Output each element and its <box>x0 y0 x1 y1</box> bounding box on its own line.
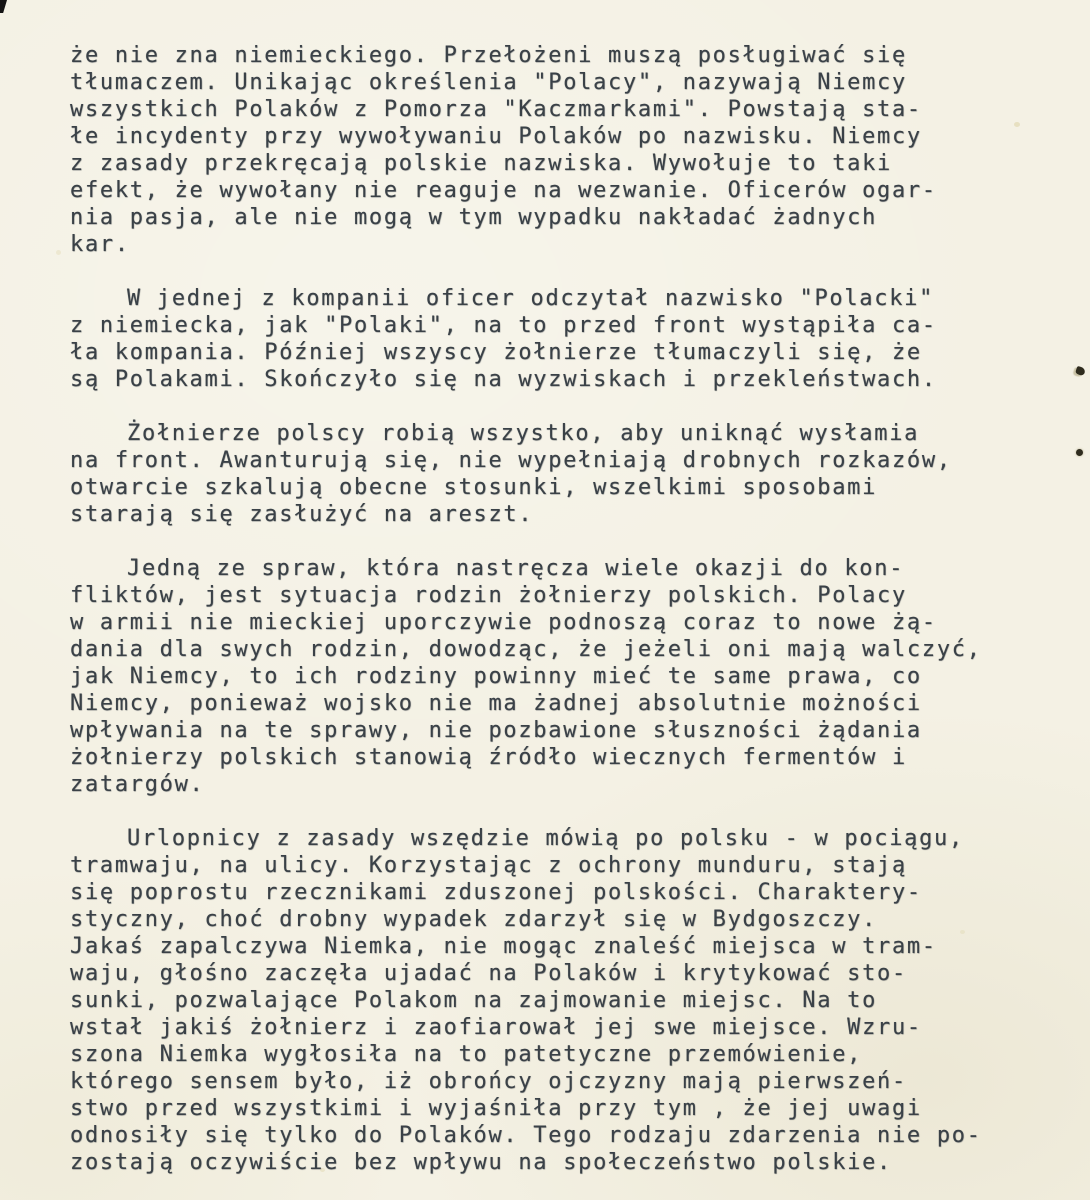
paper-stain <box>1014 122 1020 127</box>
text-line: w armii nie mieckiej uporczywie podnoszą… <box>70 609 1050 636</box>
text-line: Niemcy, ponieważ wojsko nie ma żadnej ab… <box>70 690 1050 717</box>
ink-speck <box>1075 366 1086 376</box>
paragraph: Jedną ze spraw, która nastręcza wiele ok… <box>70 555 1050 798</box>
text-line: że nie zna niemieckiego. Przełożeni musz… <box>70 42 1050 69</box>
text-line: waju, głośno zaczęła ujadać na Polaków i… <box>70 960 1050 987</box>
document-page: że nie zna niemieckiego. Przełożeni musz… <box>0 0 1090 1200</box>
text-line: z zasady przekręcają polskie nazwiska. W… <box>70 150 1050 177</box>
paper-stain <box>320 1168 325 1172</box>
text-line: dania dla swych rodzin, dowodząc, że jeż… <box>70 636 1050 663</box>
text-line: jak Niemcy, to ich rodziny powinny mieć … <box>70 663 1050 690</box>
paragraph: że nie zna niemieckiego. Przełożeni musz… <box>70 42 1050 258</box>
text-line: na front. Awanturują się, nie wypełniają… <box>70 447 1050 474</box>
text-line: styczny, choć drobny wypadek zdarzył się… <box>70 906 1050 933</box>
text-line: odnosiły się tylko do Polaków. Tego rodz… <box>70 1122 1050 1149</box>
text-line: szona Niemka wygłosiła na to patetyczne … <box>70 1041 1050 1068</box>
paper-stain <box>960 930 965 934</box>
text-line: starają się zasłużyć na areszt. <box>70 501 1050 528</box>
text-line: nia pasja, ale nie mogą w tym wypadku na… <box>70 204 1050 231</box>
paragraph: Urlopnicy z zasady wszędzie mówią po pol… <box>70 825 1050 1176</box>
text-line: ła kompania. Później wszyscy żołnierze t… <box>70 339 1050 366</box>
text-line: sunki, pozwalające Polakom na zajmowanie… <box>70 987 1050 1014</box>
paper-stain <box>56 250 61 255</box>
text-line: zostają oczywiście bez wpływu na społecz… <box>70 1149 1050 1176</box>
text-line: z niemiecka, jak "Polaki", na to przed f… <box>70 312 1050 339</box>
text-line: fliktów, jest sytuacja rodzin żołnierzy … <box>70 582 1050 609</box>
text-line: którego sensem było, iż obrońcy ojczyzny… <box>70 1068 1050 1095</box>
scan-corner-artifact <box>0 0 7 13</box>
text-line: żołnierzy polskich stanowią źródło wiecz… <box>70 744 1050 771</box>
paragraph: W jednej z kompanii oficer odczytał nazw… <box>70 285 1050 393</box>
paragraph: Żołnierze polscy robią wszystko, aby uni… <box>70 420 1050 528</box>
text-line: Żołnierze polscy robią wszystko, aby uni… <box>70 420 1050 447</box>
text-line: Jedną ze spraw, która nastręcza wiele ok… <box>70 555 1050 582</box>
document-text: że nie zna niemieckiego. Przełożeni musz… <box>70 42 1050 1176</box>
text-line: wpływania na te sprawy, nie pozbawione s… <box>70 717 1050 744</box>
text-line: tramwaju, na ulicy. Korzystając z ochron… <box>70 852 1050 879</box>
ink-speck <box>1076 449 1083 456</box>
text-line: są Polakami. Skończyło się na wyzwiskach… <box>70 366 1050 393</box>
text-line: kar. <box>70 231 1050 258</box>
text-line: W jednej z kompanii oficer odczytał nazw… <box>70 285 1050 312</box>
text-line: Urlopnicy z zasady wszędzie mówią po pol… <box>70 825 1050 852</box>
text-line: otwarcie szkalują obecne stosunki, wszel… <box>70 474 1050 501</box>
text-line: stwo przed wszystkimi i wyjaśniła przy t… <box>70 1095 1050 1122</box>
text-line: zatargów. <box>70 771 1050 798</box>
text-line: tłumaczem. Unikając określenia "Polacy",… <box>70 69 1050 96</box>
text-line: łe incydenty przy wywoływaniu Polaków po… <box>70 123 1050 150</box>
text-line: wstał jakiś żołnierz i zaofiarował jej s… <box>70 1014 1050 1041</box>
text-line: efekt, że wywołany nie reaguje na wezwan… <box>70 177 1050 204</box>
text-line: Jakaś zapalczywa Niemka, nie mogąc znale… <box>70 933 1050 960</box>
text-line: się poprostu rzecznikami zduszonej polsk… <box>70 879 1050 906</box>
text-line: wszystkich Polaków z Pomorza "Kaczmarkam… <box>70 96 1050 123</box>
